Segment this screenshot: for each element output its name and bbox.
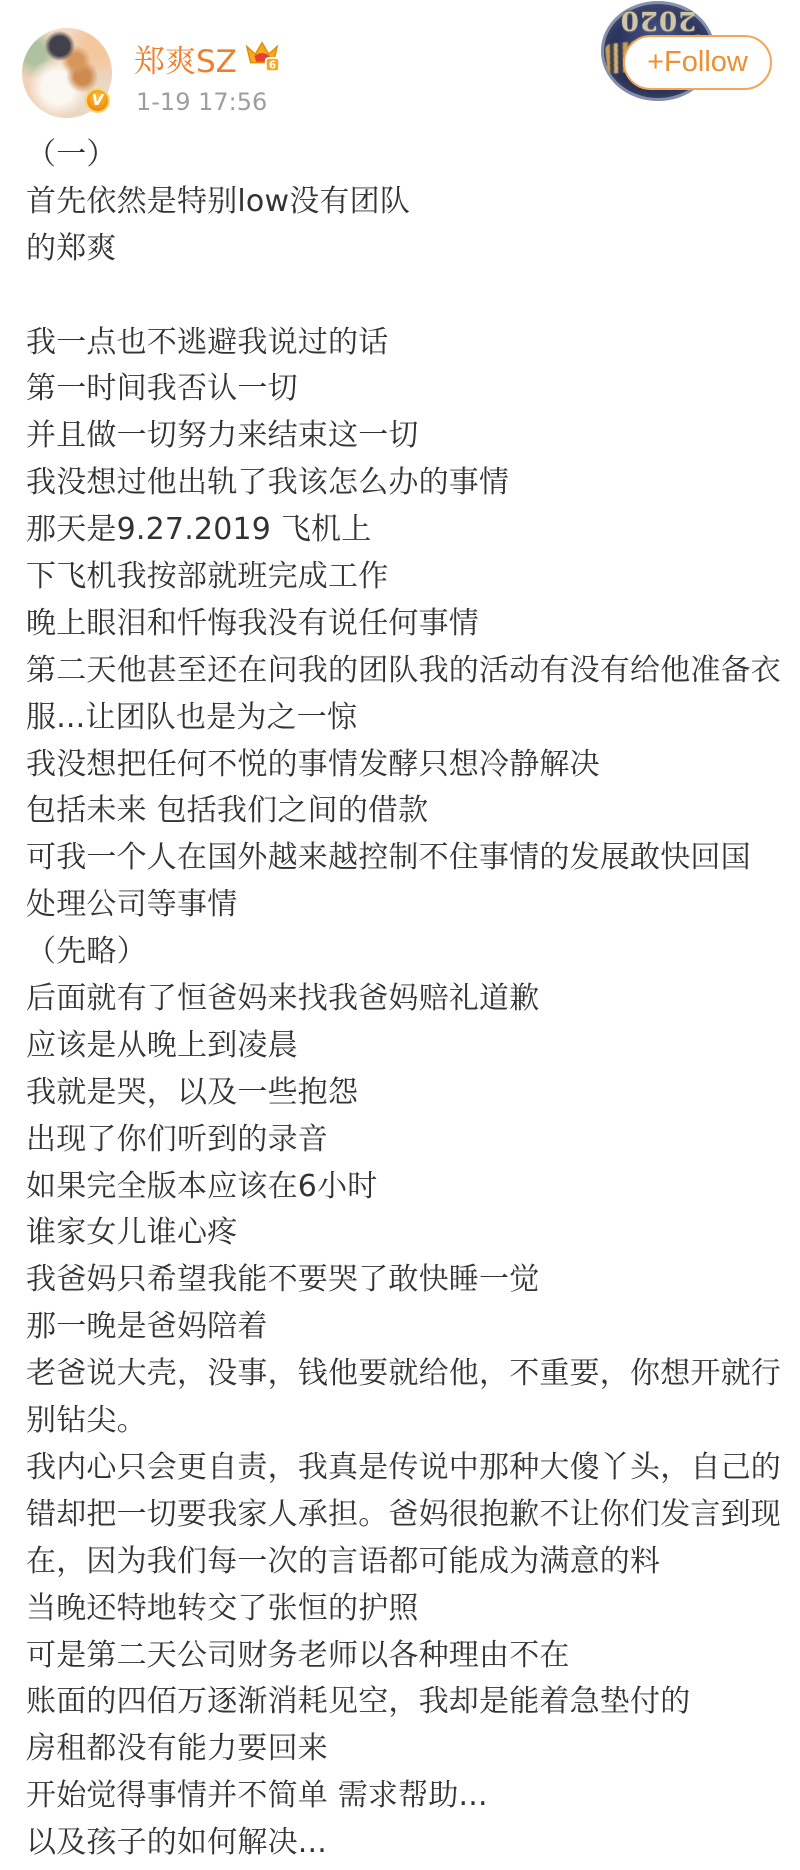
post-line: 可是第二天公司财务老师以各种理由不在 bbox=[26, 1633, 798, 1680]
follow-button-label: +Follow bbox=[647, 46, 748, 79]
post-line: 应该是从晚上到凌晨 bbox=[26, 1023, 798, 1070]
post-line: 包括未来 包括我们之间的借款 bbox=[26, 788, 798, 835]
vip-crown-icon: 6 bbox=[243, 37, 281, 75]
post-line: 账面的四佰万逐渐消耗见空，我却是能着急垫付的 bbox=[26, 1679, 798, 1726]
post-content: （一） 首先依然是特别low没有团队 的郑爽 我一点也不逃避我说过的话 第一时间… bbox=[26, 132, 798, 1867]
post-line: 出现了你们听到的录音 bbox=[26, 1117, 798, 1164]
post-line: 第二天他甚至还在问我的团队我的活动有没有给他准备衣 bbox=[26, 648, 798, 695]
post-line: 如果完全版本应该在6小时 bbox=[26, 1164, 798, 1211]
verified-v-icon: V bbox=[85, 88, 110, 113]
post-line: 我没想过他出轨了我该怎么办的事情 bbox=[26, 460, 798, 507]
post-line: 的郑爽 bbox=[26, 226, 798, 273]
post-line: 处理公司等事情 bbox=[26, 882, 798, 929]
post-line: 开始觉得事情并不简单 需求帮助... bbox=[26, 1773, 798, 1820]
post-line: 首先依然是特别low没有团队 bbox=[26, 179, 798, 226]
post-line: 错却把一切要我家人承担。爸妈很抱歉不让你们发言到现 bbox=[26, 1492, 798, 1539]
post-line: 并且做一切努力来结束这一切 bbox=[26, 413, 798, 460]
weibo-post-page: V 郑爽SZ 6 1-19 17:56 2020 +Follow （一） 首先依… bbox=[0, 0, 800, 1870]
post-line: 谁家女儿谁心疼 bbox=[26, 1210, 798, 1257]
post-line: 我爸妈只希望我能不要哭了敢快睡一觉 bbox=[26, 1257, 798, 1304]
post-line: 服...让团队也是为之一惊 bbox=[26, 695, 798, 742]
post-line: 我内心只会更自责，我真是传说中那种大傻丫头，自己的 bbox=[26, 1445, 798, 1492]
post-line: 以及孩子的如何解决... bbox=[26, 1820, 798, 1867]
post-line: 我没想把任何不悦的事情发酵只想冷静解决 bbox=[26, 742, 798, 789]
post-line: 房租都没有能力要回来 bbox=[26, 1726, 798, 1773]
follow-button[interactable]: +Follow bbox=[623, 35, 772, 90]
post-line: 可我一个人在国外越来越控制不住事情的发展敢快回国 bbox=[26, 835, 798, 882]
post-line: （先略） bbox=[26, 929, 798, 976]
post-line bbox=[26, 273, 798, 320]
post-line: 我就是哭，以及一些抱怨 bbox=[26, 1070, 798, 1117]
post-line: 那天是9.27.2019 飞机上 bbox=[26, 507, 798, 554]
post-line: 那一晚是爸妈陪着 bbox=[26, 1304, 798, 1351]
post-line: 第一时间我否认一切 bbox=[26, 366, 798, 413]
timestamp: 1-19 17:56 bbox=[136, 88, 267, 116]
post-line: 晚上眼泪和忏悔我没有说任何事情 bbox=[26, 601, 798, 648]
post-line: 别钻尖。 bbox=[26, 1398, 798, 1445]
avatar[interactable]: V bbox=[22, 28, 112, 118]
post-line: 下飞机我按部就班完成工作 bbox=[26, 554, 798, 601]
medal-2020-text: 2020 bbox=[620, 5, 696, 35]
vip-level-label: 6 bbox=[269, 59, 276, 71]
post-line: （一） bbox=[26, 132, 798, 179]
post-line: 在，因为我们每一次的言语都可能成为满意的料 bbox=[26, 1539, 798, 1586]
post-line: 老爸说大壳，没事，钱他要就给他，不重要，你想开就行 bbox=[26, 1351, 798, 1398]
username[interactable]: 郑爽SZ bbox=[134, 36, 237, 81]
post-line: 当晚还特地转交了张恒的护照 bbox=[26, 1586, 798, 1633]
post-line: 后面就有了恒爸妈来找我爸妈赔礼道歉 bbox=[26, 976, 798, 1023]
post-line: 我一点也不逃避我说过的话 bbox=[26, 320, 798, 367]
